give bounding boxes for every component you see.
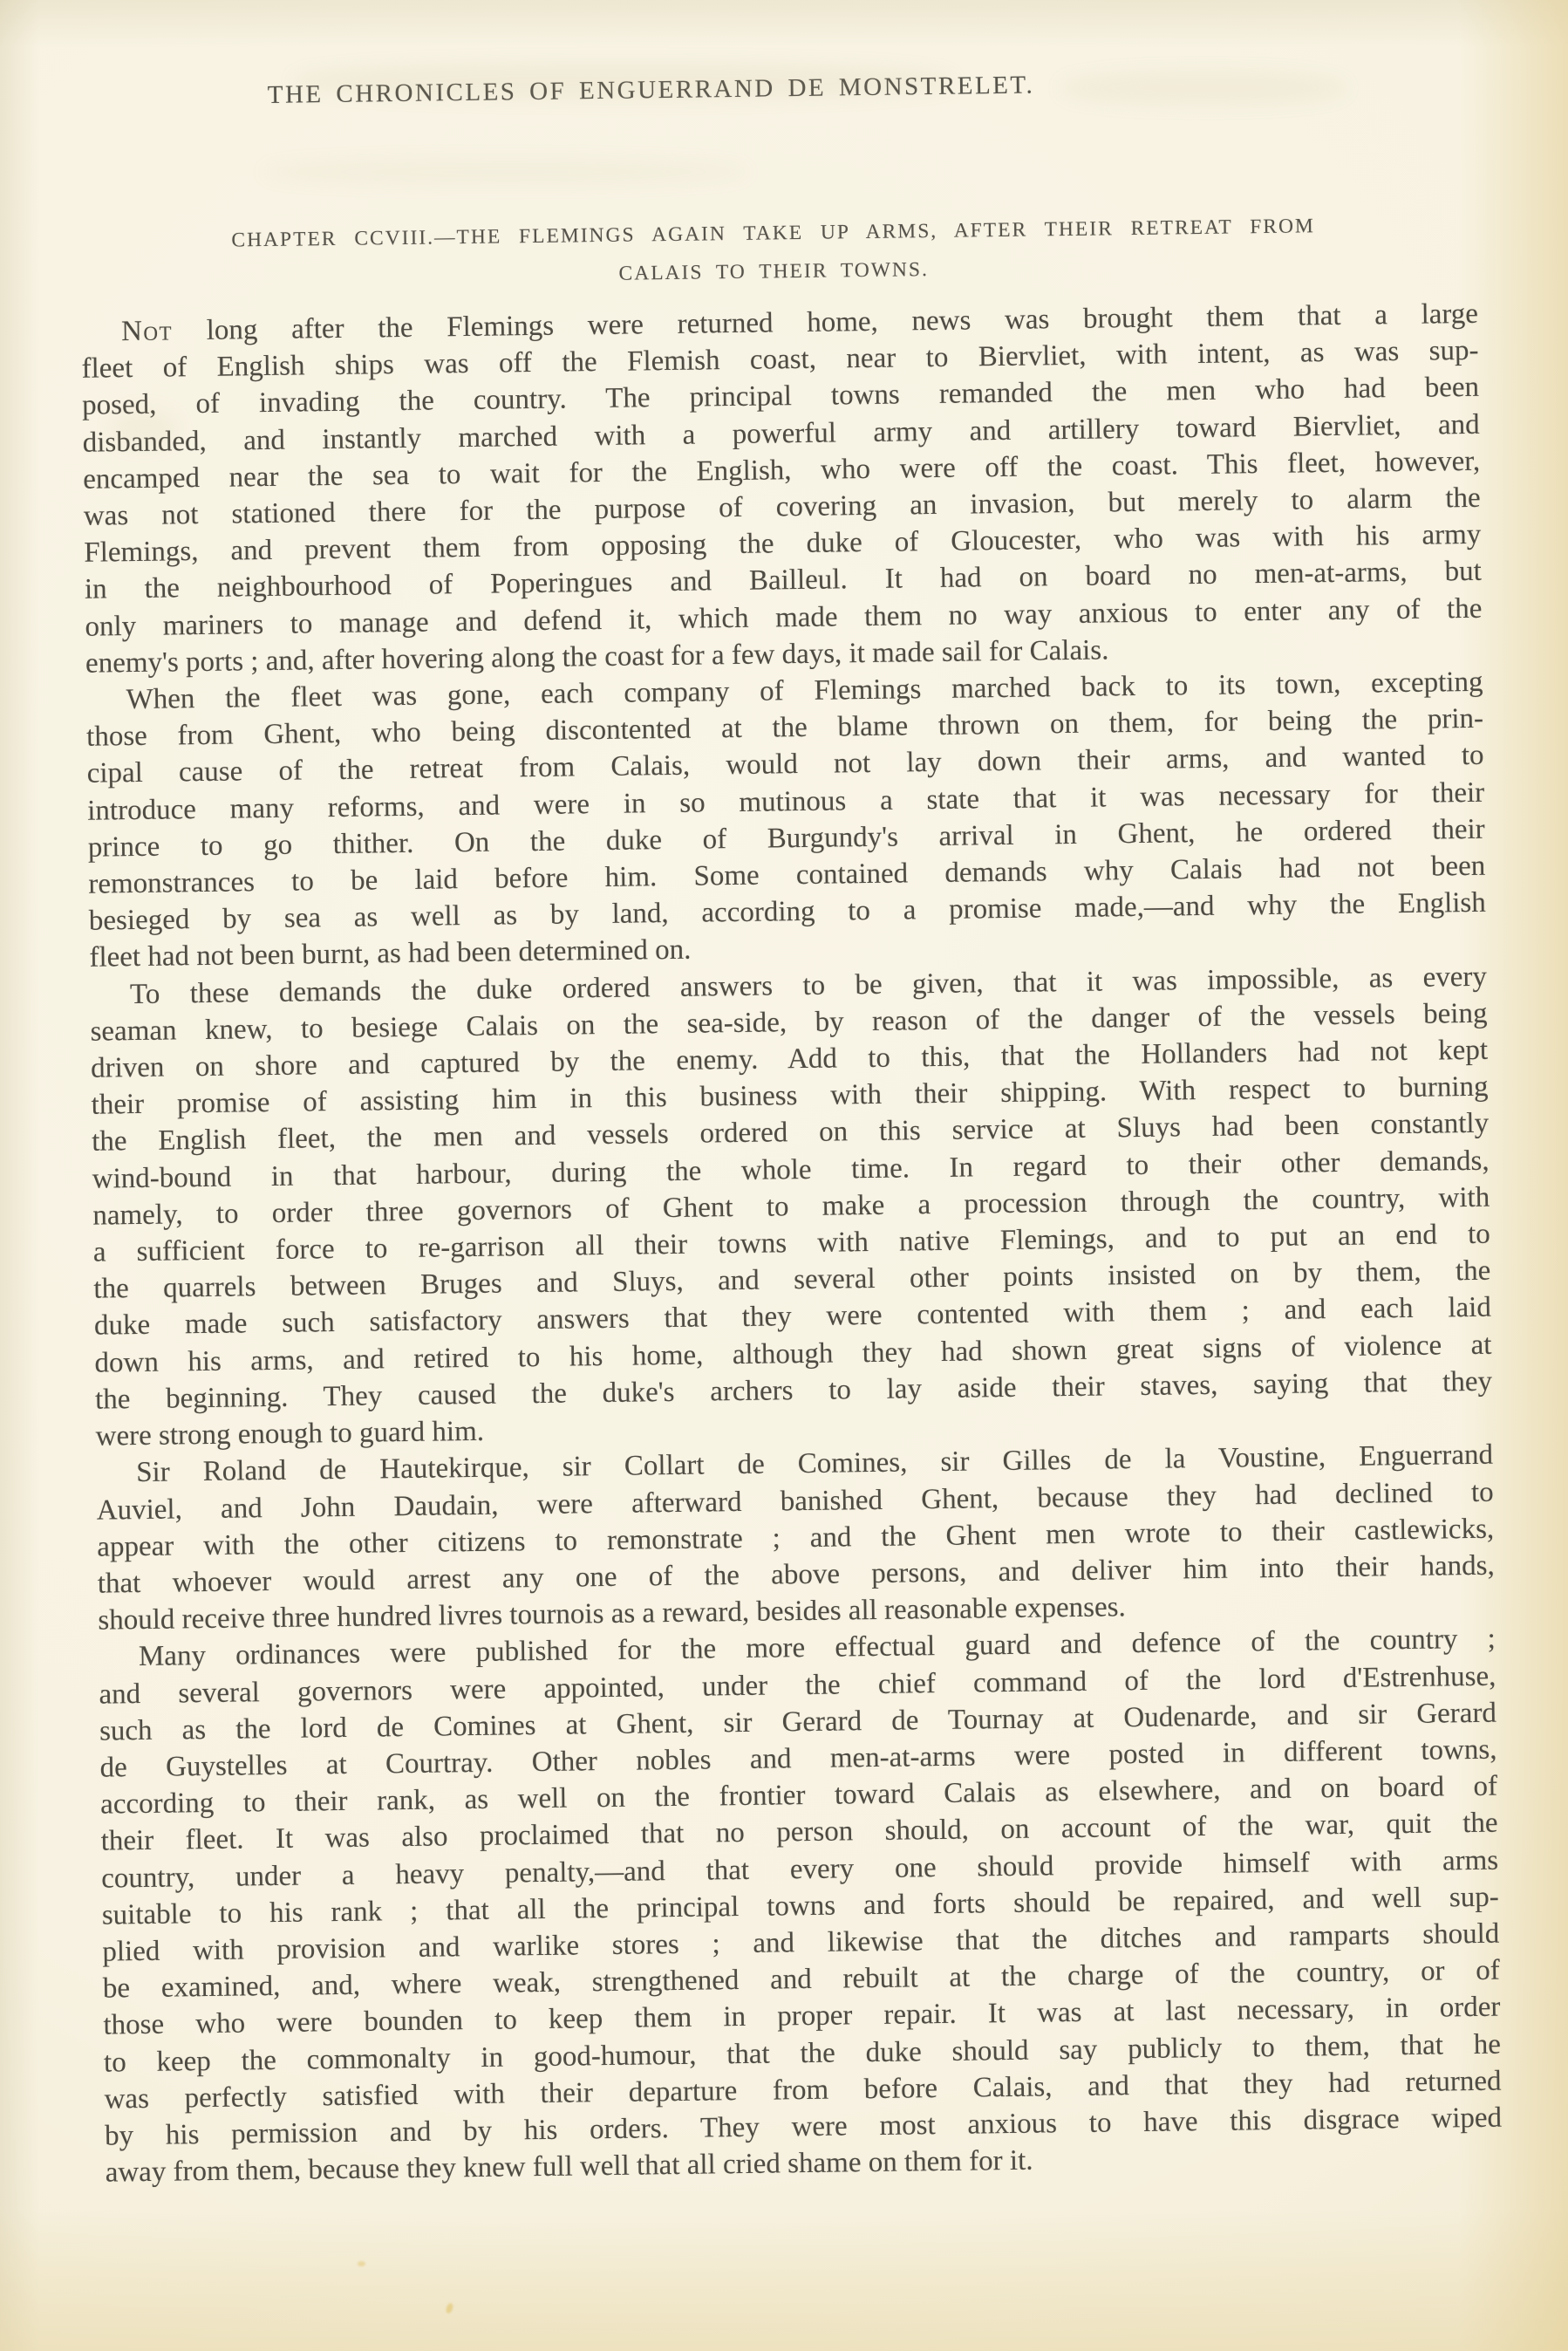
paragraph: Not long after the Flemings were returne…	[81, 296, 1483, 682]
paper-speck	[358, 2261, 365, 2266]
paragraph: Sir Roland de Hautekirque, sir Collart d…	[96, 1437, 1496, 1639]
book-page: THE CHRONICLES OF ENGUERRAND DE MONSTREL…	[0, 0, 1568, 2351]
paragraph: To these demands the duke ordered answer…	[90, 958, 1493, 1455]
page-content: THE CHRONICLES OF ENGUERRAND DE MONSTREL…	[0, 0, 1568, 2351]
running-head: THE CHRONICLES OF ENGUERRAND DE MONSTREL…	[0, 64, 1435, 116]
chapter-heading: CHAPTER CCVIII.—THE FLEMINGS AGAIN TAKE …	[0, 204, 1558, 302]
paragraph: Many ordinances were published for the m…	[99, 1621, 1503, 2191]
body-text: Not long after the Flemings were returne…	[81, 296, 1503, 2191]
lead-word: Not	[121, 315, 173, 347]
paragraph: When the fleet was gone, each company of…	[85, 664, 1486, 977]
